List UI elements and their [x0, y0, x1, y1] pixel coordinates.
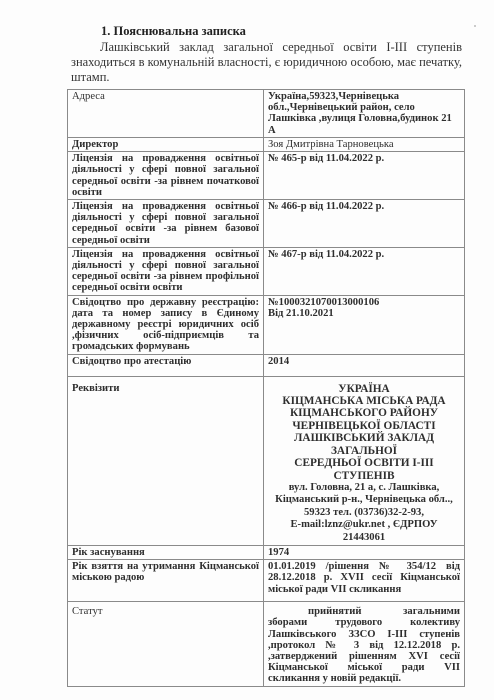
requisites-line: вул. Головна, 21 а, с. Лашківка,	[268, 482, 460, 494]
table-row-license-primary: Ліцензія на провадження освітньої діяльн…	[68, 152, 465, 200]
table-row-statute: Статут прийнятий загальними зборами труд…	[68, 602, 465, 686]
row-label: Свідоцтво про атестацію	[68, 354, 264, 376]
table-row-maintenance: Рік взяття на утримання Кіцманської місь…	[68, 560, 465, 602]
requisites-line: КІЦМАНСЬКОГО РАЙОНУ	[268, 407, 460, 419]
document-page: 1. Пояснювальна записка Лашківський закл…	[0, 0, 494, 700]
requisites-line: УКРАЇНА	[268, 383, 460, 395]
registration-date: Від 21.10.2021	[268, 308, 460, 319]
row-label: Директор	[68, 138, 264, 152]
row-value: Зоя Дмитрівна Тарновецька	[264, 138, 465, 152]
row-value: 1974	[264, 545, 465, 559]
row-label: Ліцензія на провадження освітньої діяльн…	[68, 152, 264, 200]
scan-speck	[474, 25, 476, 27]
row-value: 2014	[264, 354, 465, 376]
table-row-director: Директор Зоя Дмитрівна Тарновецька	[68, 138, 465, 152]
requisites-email-line: E-mail:lznz@ukr.net , ЄДРПОУ 21443061	[268, 519, 460, 544]
row-label: Рік заснування	[68, 545, 264, 559]
table-row-founded: Рік заснування 1974	[68, 545, 465, 559]
row-label: Ліцензія на провадження освітньої діяльн…	[68, 247, 264, 295]
requisites-line: 59323 тел. (03736)32-2-93,	[268, 507, 460, 519]
row-label: Реквізити	[68, 376, 264, 545]
row-label: Адреса	[68, 90, 264, 138]
table-row-license-profile: Ліцензія на провадження освітньої діяльн…	[68, 247, 465, 295]
table-row-requisites: Реквізити УКРАЇНА КІЦМАНСЬКА МІСЬКА РАДА…	[68, 376, 465, 545]
table-row-license-basic: Ліцензія на провадження освітньої діяльн…	[68, 200, 465, 248]
intro-paragraph: Лашківський заклад загальної середньої о…	[71, 40, 462, 85]
row-value: № 467-р від 11.04.2022 р.	[264, 247, 465, 295]
requisites-line: СЕРЕДНЬОЇ ОСВІТИ І-ІІІ СТУПЕНІВ	[268, 457, 460, 482]
requisites-line: Кіцманський р-н., Чернівецька обл..,	[268, 494, 460, 506]
table-row-registration: Свідоцтво про державну реєстрацію: дата …	[68, 295, 465, 354]
table-row-attestation: Свідоцтво про атестацію 2014	[68, 354, 465, 376]
row-label: Рік взяття на утримання Кіцманської місь…	[68, 560, 264, 602]
row-value: прийнятий загальними зборами трудового к…	[264, 602, 465, 686]
requisites-line: ЛАШКІВСЬКИЙ ЗАКЛАД ЗАГАЛЬНОЇ	[268, 432, 460, 457]
row-value: 01.01.2019 /рішення № 354/12 від 28.12.2…	[264, 560, 465, 602]
section-heading: 1. Пояснювальна записка	[101, 24, 246, 39]
table-row-address: Адреса Україна,59323,Чернівецька обл.,Че…	[68, 90, 465, 138]
row-value: №1000321070013000106 Від 21.10.2021	[264, 295, 465, 354]
school-info-table: Адреса Україна,59323,Чернівецька обл.,Че…	[67, 89, 465, 687]
row-value-requisites: УКРАЇНА КІЦМАНСЬКА МІСЬКА РАДА КІЦМАНСЬК…	[264, 376, 465, 545]
registration-number: №1000321070013000106	[268, 297, 460, 308]
row-value: № 466-р від 11.04.2022 р.	[264, 200, 465, 248]
row-label: Свідоцтво про державну реєстрацію: дата …	[68, 295, 264, 354]
row-value: Україна,59323,Чернівецька обл.,Чернівець…	[264, 90, 465, 138]
row-label: Статут	[68, 602, 264, 686]
requisites-line: КІЦМАНСЬКА МІСЬКА РАДА	[268, 395, 460, 407]
requisites-line: ЧЕРНІВЕЦЬКОЇ ОБЛАСТІ	[268, 420, 460, 432]
row-value: № 465-р від 11.04.2022 р.	[264, 152, 465, 200]
row-label: Ліцензія на провадження освітньої діяльн…	[68, 200, 264, 248]
